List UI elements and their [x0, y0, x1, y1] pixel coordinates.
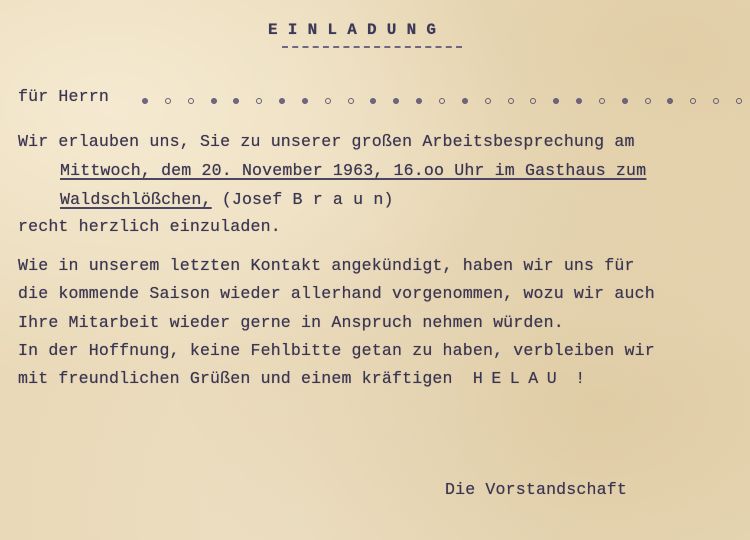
invitation-closing: recht herzlich einzuladen.: [18, 217, 281, 237]
body-line: Wie in unserem letzten Kontakt angekündi…: [18, 256, 635, 276]
venue-name: Waldschlößchen,: [60, 190, 212, 209]
body-line: Ihre Mitarbeit wieder gerne in Anspruch …: [18, 313, 564, 333]
closing-greeting-line: mit freundlichen Grüßen und einem kräfti…: [18, 369, 585, 389]
signature: Die Vorstandschaft: [445, 480, 627, 500]
body-line: die kommende Saison wieder allerhand vor…: [18, 284, 655, 304]
host-name: (Josef B r a u n): [222, 190, 394, 209]
invitation-letter: EINLADUNG für Herrn Wir erlauben uns, Si…: [0, 0, 750, 540]
document-title: EINLADUNG: [268, 20, 446, 40]
helau-exclamation: HELAU: [473, 369, 565, 388]
exclamation-mark: !: [575, 369, 585, 388]
body-line: In der Hoffnung, keine Fehlbitte getan z…: [18, 341, 655, 361]
invitation-intro: Wir erlauben uns, Sie zu unserer großen …: [18, 132, 635, 152]
venue-host-line: Waldschlößchen, (Josef B r a u n): [60, 190, 394, 210]
title-underline: [282, 46, 462, 48]
event-date-time-place: Mittwoch, dem 20. November 1963, 16.oo U…: [60, 161, 646, 181]
greeting-text: mit freundlichen Grüßen und einem kräfti…: [18, 369, 453, 388]
recipient-blank-dotted-line: [142, 98, 742, 104]
recipient-label: für Herrn: [18, 87, 109, 107]
